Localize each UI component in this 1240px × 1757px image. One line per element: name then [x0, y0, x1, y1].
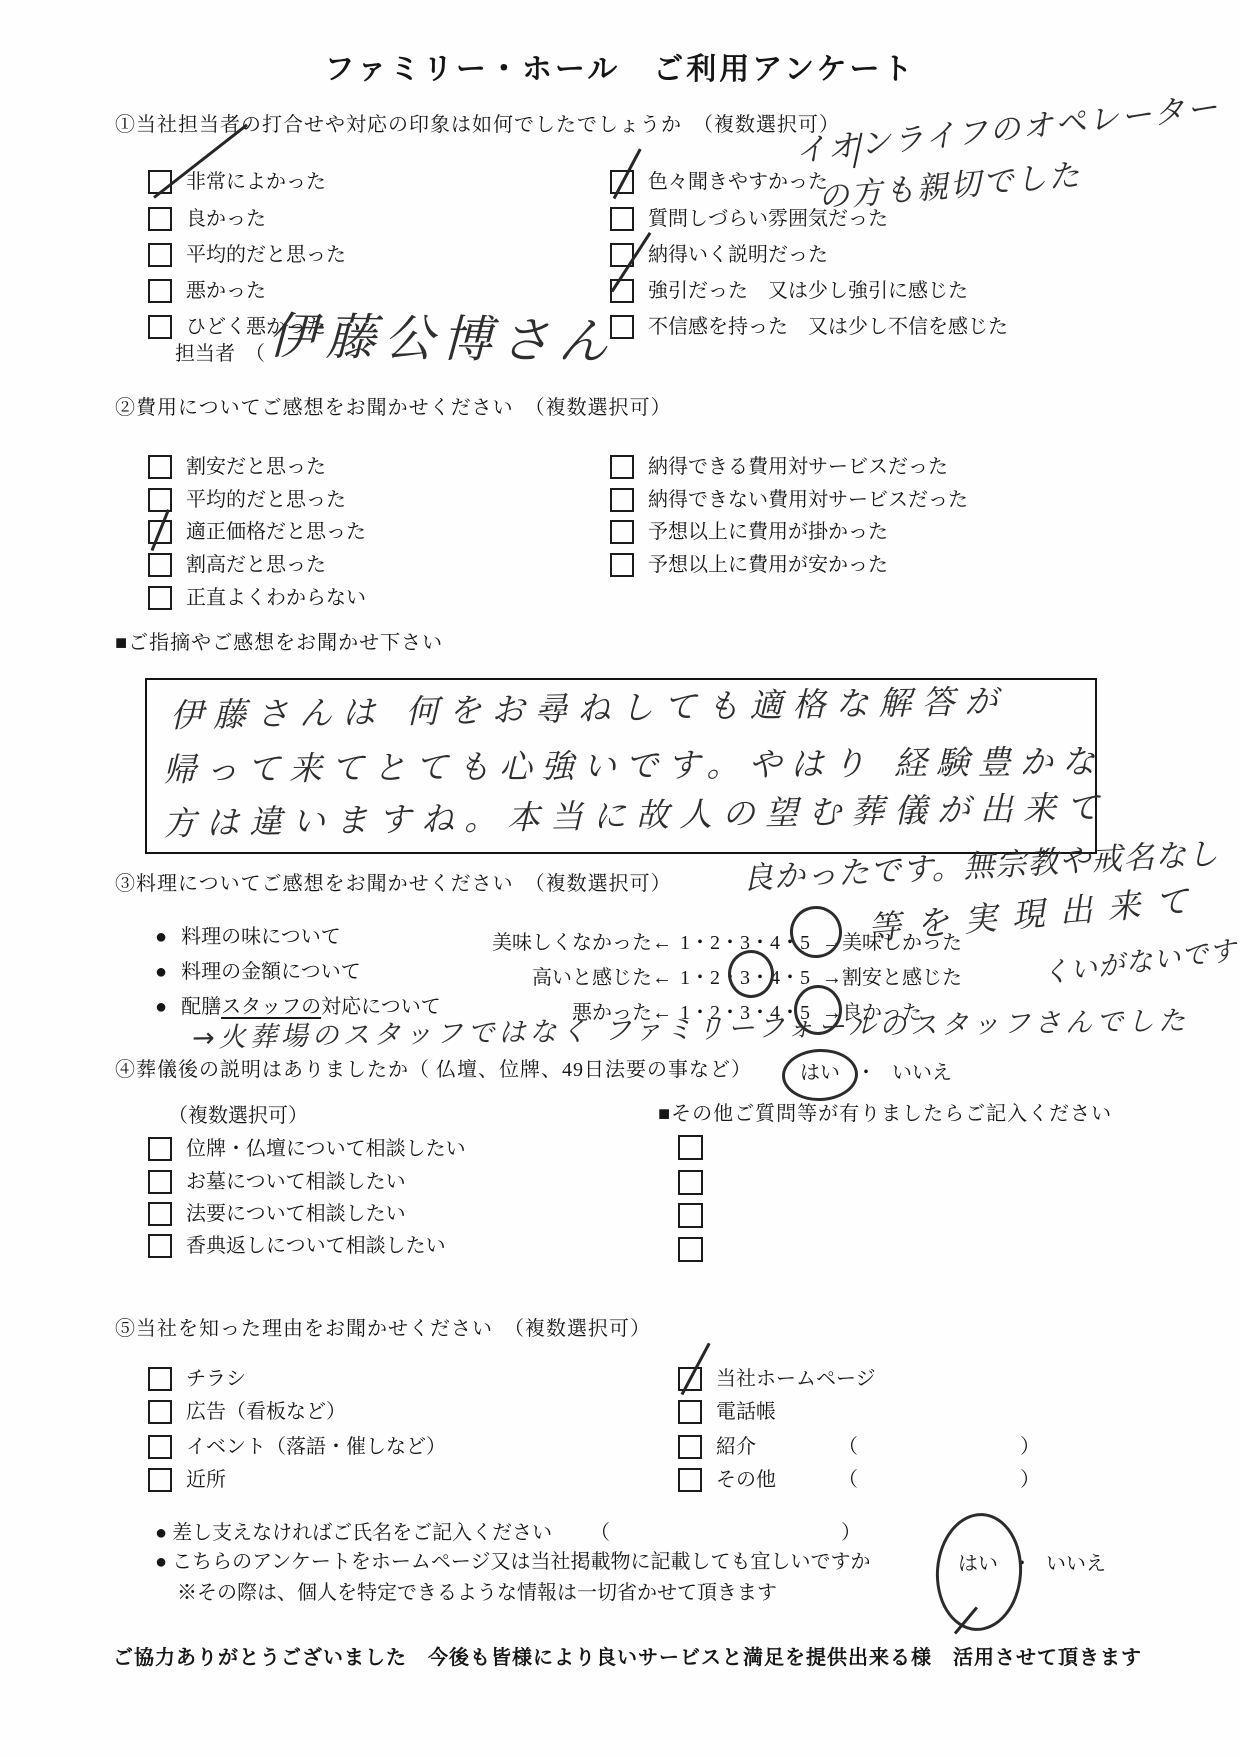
option-label: 予想以上に費用が掛かった	[648, 520, 888, 544]
bullet-icon: ●	[155, 995, 167, 1019]
option-label: 納得できない費用対サービスだった	[648, 488, 968, 512]
option-label: 当社ホームページ	[716, 1367, 876, 1391]
q5-option-row: 紹介	[678, 1435, 756, 1459]
checkbox	[148, 1400, 172, 1424]
paren-close: ）	[1020, 1435, 1040, 1460]
checkbox	[148, 1137, 172, 1161]
checkbox	[148, 1234, 172, 1258]
comments-heading: ■ご指摘やご感想をお聞かせ下さい	[115, 631, 443, 656]
q5-option-row: チラシ	[148, 1367, 246, 1391]
bullet-icon: ●	[155, 960, 167, 984]
q2-option-row: 割高だと思った	[148, 553, 326, 577]
checkbox	[678, 1435, 702, 1459]
option-label: 納得いく説明だった	[648, 243, 828, 267]
survey-scan-page: ファミリー・ホール ご利用アンケート ①当社担当者の打合せや対応の印象は如何でし…	[0, 0, 1240, 1757]
item-label: 料理の味について	[181, 925, 341, 949]
option-label: チラシ	[186, 1367, 246, 1391]
paren-open: （	[838, 1435, 858, 1460]
comment-handwriting-line2: 帰って来てとても心強いです。やはり 経験豊かな	[163, 736, 1104, 791]
option-label: 良かった	[186, 207, 266, 231]
option-label: 近所	[186, 1468, 226, 1492]
scale-right-label: →割安と感じた	[822, 961, 962, 990]
checkbox	[610, 455, 634, 479]
option-label: 適正価格だと思った	[186, 520, 366, 544]
q1-heading: ①当社担当者の打合せや対応の印象は如何でしたでしょうか （複数選択可）	[115, 113, 840, 138]
checkbox	[148, 488, 172, 512]
checkbox	[148, 586, 172, 610]
checkbox	[610, 488, 634, 512]
option-label: 正直よくわからない	[186, 586, 366, 610]
checkbox	[148, 207, 172, 231]
option-label: 色々聞きやすかった	[648, 170, 828, 194]
publish-permission-line: ● こちらのアンケートをホームページ又は当社掲載物に記載しても宜しいですか	[155, 1550, 870, 1575]
paren-close: ）	[1020, 1468, 1040, 1493]
page-title: ファミリー・ホール ご利用アンケート	[0, 44, 1240, 88]
option-label: 予想以上に費用が安かった	[648, 553, 888, 577]
option-label: 平均的だと思った	[186, 488, 346, 512]
q1-option-row: 強引だった 又は少し強引に感じた	[610, 279, 968, 303]
option-label: 割安だと思った	[186, 455, 326, 479]
checkbox	[148, 1367, 172, 1391]
q3-item-row: ●料理の味について	[155, 925, 341, 949]
item-label: 料理の金額について	[181, 960, 361, 984]
q4-multi-select-label: （複数選択可）	[168, 1104, 308, 1129]
q5-option-row: 電話帳	[678, 1400, 776, 1424]
option-label: イベント（落語・催しなど）	[186, 1435, 446, 1459]
option-label: 質問しづらい雰囲気だった	[648, 207, 888, 231]
person-in-charge-label: 担当者 （	[175, 342, 265, 367]
pen-circle-yes	[781, 1048, 859, 1103]
option-label: 強引だった 又は少し強引に感じた	[648, 279, 968, 303]
checkbox	[678, 1237, 703, 1262]
person-in-charge-name-handwriting: 伊藤公博さん	[267, 296, 616, 374]
checkbox	[148, 279, 172, 303]
checkbox	[678, 1135, 703, 1160]
q1-option-row: 不信感を持った 又は少し不信を感じた	[610, 315, 1008, 339]
checkbox	[678, 1400, 702, 1424]
option-label: 紹介	[716, 1435, 756, 1459]
paren-close: ）	[841, 1521, 861, 1546]
q1-option-row: 平均的だと思った	[148, 243, 346, 267]
option-label: 香典返しについて相談したい	[186, 1234, 446, 1258]
checkbox	[148, 243, 172, 267]
option-label: 悪かった	[186, 279, 266, 303]
checkbox	[610, 553, 634, 577]
q2-option-row: 納得できない費用対サービスだった	[610, 488, 968, 512]
q5-heading: ⑤当社を知った理由をお聞かせください （複数選択可）	[115, 1317, 651, 1342]
option-label: 広告（看板など）	[186, 1400, 346, 1424]
checkbox	[610, 520, 634, 544]
q2-option-row: 割安だと思った	[148, 455, 326, 479]
q2-option-row: 平均的だと思った	[148, 488, 346, 512]
q3-heading: ③料理についてご感想をお聞かせください （複数選択可）	[115, 872, 672, 897]
q5-option-row: イベント（落語・催しなど）	[148, 1435, 446, 1459]
q4-option-row: 法要について相談したい	[148, 1202, 406, 1226]
scale-left-label: 高いと感じた←	[532, 961, 672, 990]
q2-heading: ②費用についてご感想をお聞かせください （複数選択可）	[115, 396, 672, 421]
option-label: 割高だと思った	[186, 553, 326, 577]
option-label: お墓について相談したい	[186, 1170, 406, 1194]
q2-option-row: 予想以上に費用が安かった	[610, 553, 888, 577]
no-label: いいえ	[1046, 1552, 1106, 1576]
scale-right-label: →美味しかった	[822, 926, 962, 955]
scale-left-label: 美味しくなかった←	[492, 926, 672, 955]
no-label: いいえ	[892, 1061, 952, 1085]
option-label: その他	[716, 1468, 776, 1492]
q4-option-row: お墓について相談したい	[148, 1170, 406, 1194]
q4-option-row: 香典返しについて相談したい	[148, 1234, 446, 1258]
option-label: 平均的だと思った	[186, 243, 346, 267]
checkbox	[148, 315, 172, 339]
option-label: 不信感を持った 又は少し不信を感じた	[648, 315, 1008, 339]
q5-option-row: 広告（看板など）	[148, 1400, 346, 1424]
pen-circle-yes	[932, 1510, 1026, 1634]
checkbox	[148, 1202, 172, 1226]
checkbox	[148, 1435, 172, 1459]
comment-handwriting-overflow3: くいがないです	[1040, 928, 1239, 991]
q4-heading: ④葬儀後の説明はありましたか（ 仏壇、位牌、49日法要の事など）	[115, 1058, 752, 1083]
q2-option-row: 正直よくわからない	[148, 586, 366, 610]
q1-option-row: 色々聞きやすかった	[610, 170, 828, 194]
pen-circle-rating-3	[728, 950, 774, 998]
checkbox	[148, 1170, 172, 1194]
q4-other-heading: ■その他ご質問等が有りましたらご記入ください	[658, 1102, 1112, 1127]
paren-open: （	[590, 1521, 610, 1546]
option-label: 電話帳	[716, 1400, 776, 1424]
option-label: 非常によかった	[186, 170, 326, 194]
checkbox	[148, 455, 172, 479]
thanks-message: ご協力ありがとうございました 今後も皆様により良いサービスと満足を提供出来る様 …	[113, 1646, 1142, 1671]
q1-option-row: 悪かった	[148, 279, 266, 303]
q5-option-row: その他	[678, 1468, 776, 1492]
q1-option-row: 良かった	[148, 207, 266, 231]
checkbox	[148, 553, 172, 577]
checkbox	[678, 1203, 703, 1228]
q3-item-row: ●料理の金額について	[155, 960, 361, 984]
q2-option-row: 適正価格だと思った	[148, 520, 366, 544]
checkbox	[148, 1468, 172, 1492]
checkbox	[678, 1170, 703, 1195]
dot-separator: ・	[856, 1061, 876, 1085]
privacy-note: ※その際は、個人を特定できるような情報は一切省かせて頂きます	[177, 1581, 777, 1606]
q1-option-row: 質問しづらい雰囲気だった	[610, 207, 888, 231]
q2-option-row: 納得できる費用対サービスだった	[610, 455, 948, 479]
option-label: 法要について相談したい	[186, 1202, 406, 1226]
bullet-icon: ●	[155, 925, 167, 949]
q5-option-row: 当社ホームページ	[678, 1367, 876, 1391]
paren-open: （	[838, 1468, 858, 1493]
option-label: 納得できる費用対サービスだった	[648, 455, 948, 479]
checkbox	[610, 207, 634, 231]
q2-option-row: 予想以上に費用が掛かった	[610, 520, 888, 544]
q4-option-row: 位牌・仏壇について相談したい	[148, 1137, 466, 1161]
q5-option-row: 近所	[148, 1468, 226, 1492]
option-label: 位牌・仏壇について相談したい	[186, 1137, 466, 1161]
checkbox	[678, 1468, 702, 1492]
name-request-line: ● 差し支えなければご氏名をご記入ください	[155, 1521, 552, 1546]
